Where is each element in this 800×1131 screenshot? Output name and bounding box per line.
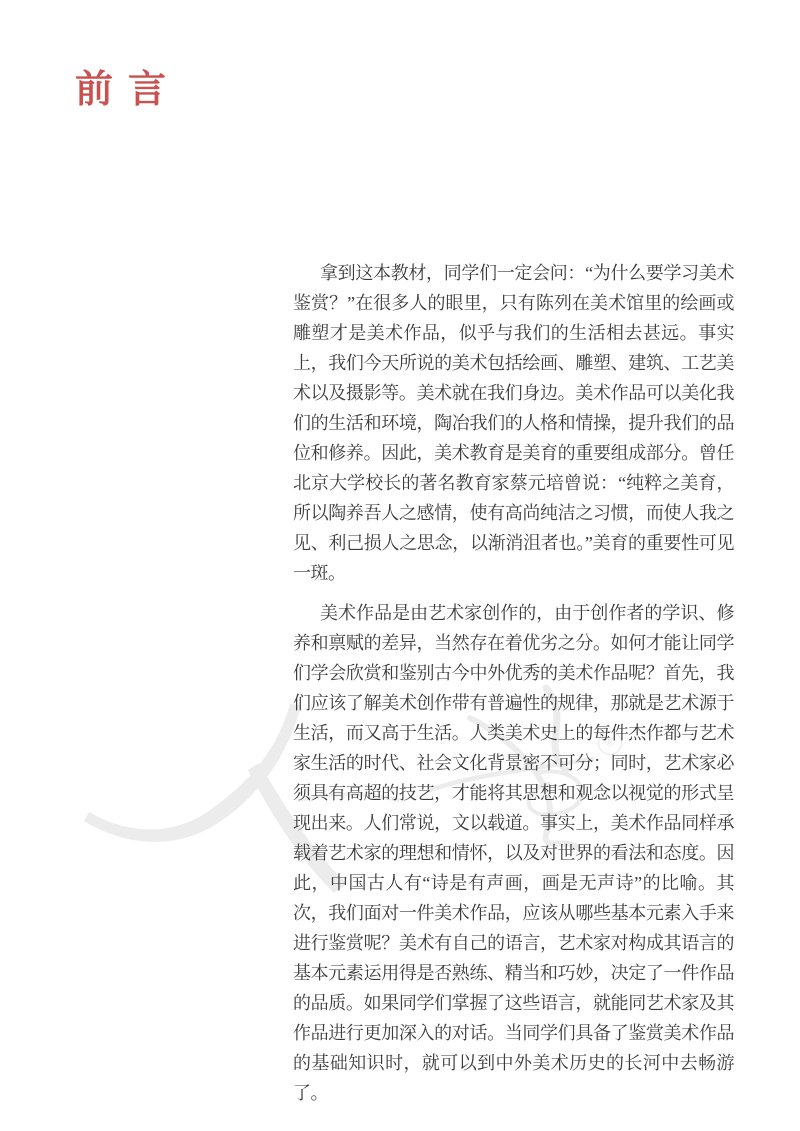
preface-page: ® 前言 拿到这本教材，同学们一定会问：“为什么要学习美术鉴赏？”在很多人的眼里… — [0, 0, 800, 1131]
preface-paragraph-2: 美术作品是由艺术家创作的，由于创作者的学识、修养和禀赋的差异，当然存在着优劣之分… — [293, 598, 734, 1108]
preface-body: 拿到这本教材，同学们一定会问：“为什么要学习美术鉴赏？”在很多人的眼里，只有陈列… — [293, 258, 734, 1108]
preface-paragraph-1: 拿到这本教材，同学们一定会问：“为什么要学习美术鉴赏？”在很多人的眼里，只有陈列… — [293, 258, 734, 588]
page-title: 前言 — [75, 68, 181, 112]
